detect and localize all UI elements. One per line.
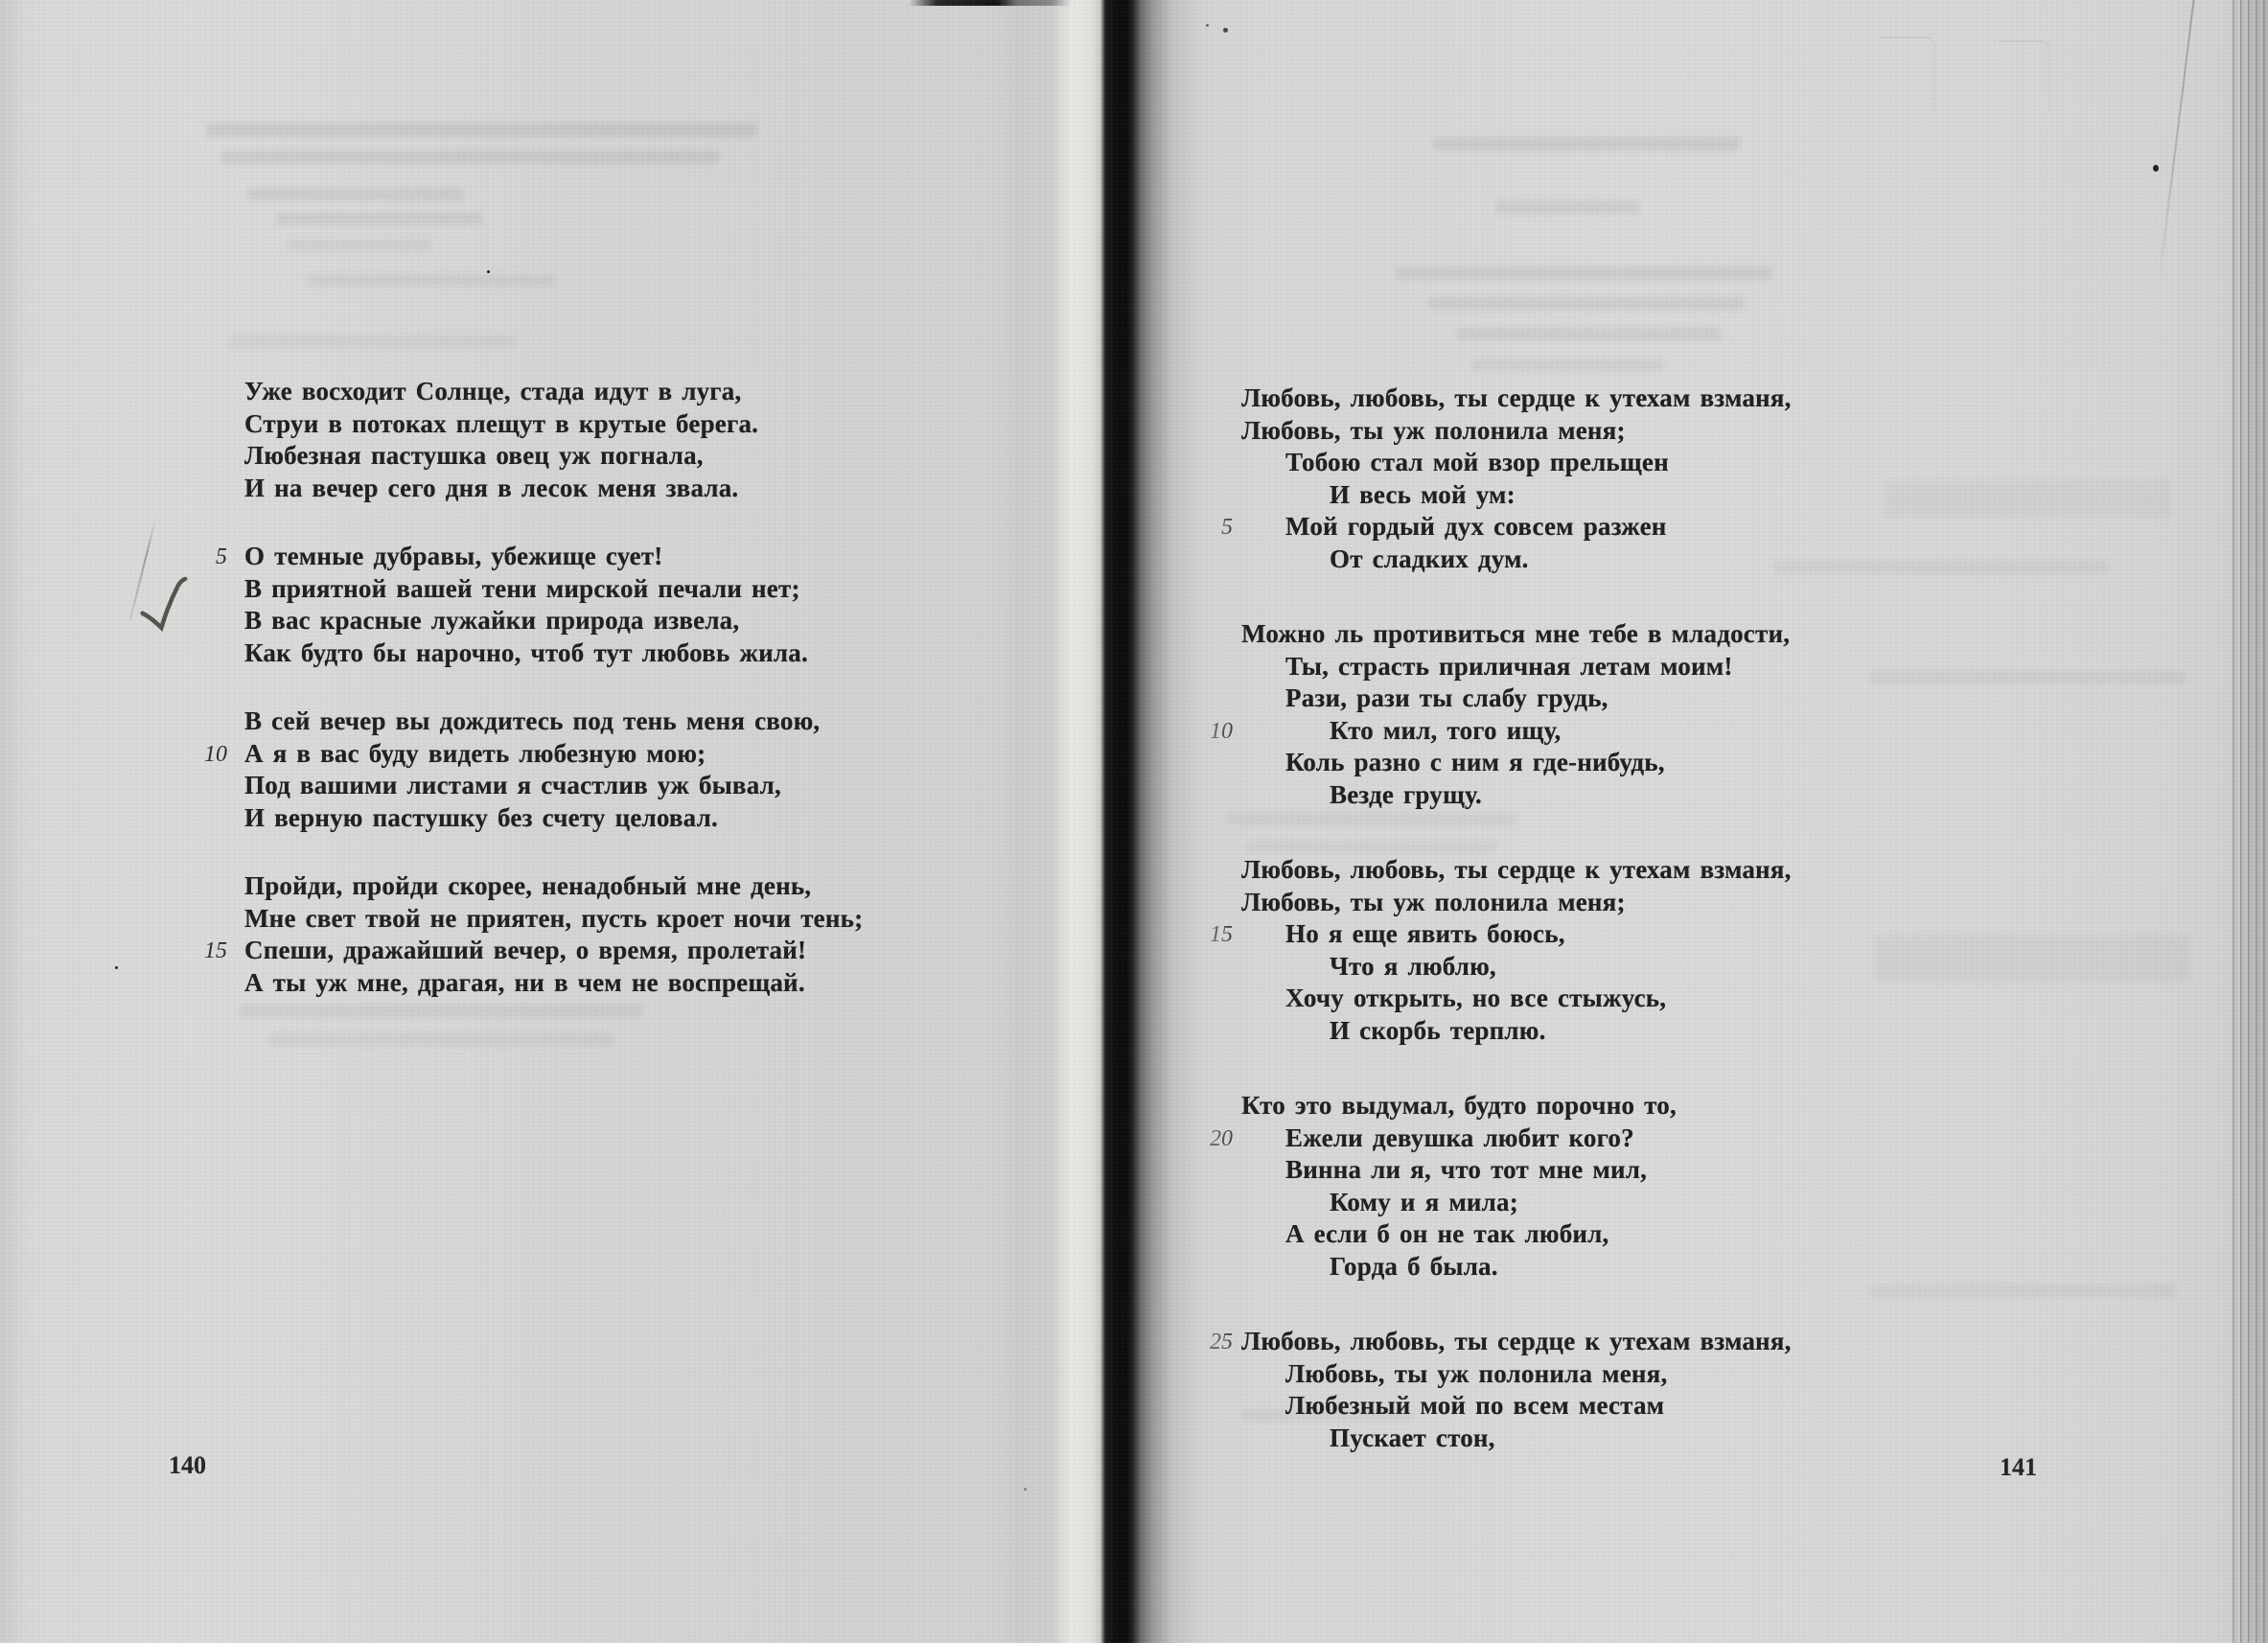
poem-line: И верную пастушку без счету целовал.	[244, 802, 863, 835]
poem-line-text: Любовь, ты уж полонила меня;	[1241, 888, 1626, 916]
poem-line-text: Кто мил, того ищу,	[1330, 716, 1561, 745]
poem-line-text: А если б он не так любил,	[1285, 1219, 1608, 1248]
poem-line-text: И верную пастушку без счету целовал.	[244, 803, 718, 832]
poem-line-text: Спеши, дражайший вечер, о время, пролета…	[244, 936, 806, 964]
poem-line-text: В вас красные лужайки природа извела,	[244, 606, 739, 635]
page-number-right: 141	[2000, 1453, 2037, 1482]
poem-line: Уже восходит Солнце, стада идут в луга,	[244, 376, 863, 408]
poem-line: Пройди, пройди скорее, ненадобный мне де…	[244, 870, 863, 903]
poem-line: В приятной вашей тени мирской печали нет…	[244, 573, 863, 606]
poem-line: Винна ли я, что тот мне мил,	[1241, 1154, 1792, 1187]
book-scan-spread: { "left_page": { "page_number": "140", "…	[0, 0, 2268, 1643]
poem-line: От сладких дум.	[1241, 544, 1792, 576]
poem-line-text: Пускает стон,	[1330, 1423, 1495, 1452]
poem-line-text: О темные дубравы, убежище сует!	[244, 542, 662, 570]
poem-line-text: Под вашими листами я счастлив уж бывал,	[244, 771, 781, 799]
stanza: В сей вечер вы дождитесь под тень меня с…	[244, 706, 863, 834]
poem-line: Любезная пастушка овец уж погнала,	[244, 440, 863, 473]
poem-line: Любовь, любовь, ты сердце к утехам взман…	[1241, 854, 1792, 887]
ink-speck	[1223, 28, 1228, 33]
stanza: Можно ль противиться мне тебе в младости…	[1241, 618, 1792, 811]
poem-line-text: Рази, рази ты слабу грудь,	[1285, 683, 1608, 712]
poem-line: 10А я в вас буду видеть любезную мою;	[244, 738, 863, 771]
stanza: Кто это выдумал, будто порочно то, 20Еже…	[1241, 1090, 1792, 1283]
poem-line-text: Что я люблю,	[1330, 952, 1496, 981]
ink-speck	[1024, 1488, 1027, 1491]
poem-line-text: Любезная пастушка овец уж погнала,	[244, 441, 704, 470]
line-number: 15	[198, 936, 227, 968]
poem-line: Как будто бы нарочно, чтоб тут любовь жи…	[244, 637, 863, 670]
ink-speck	[1206, 24, 1209, 27]
poem-line-text: Тобою стал мой взор прельщен	[1285, 448, 1669, 476]
poem-line: 15Но я еще явить боюсь,	[1241, 918, 1792, 951]
poem-line-text: Мне свет твой не приятен, пусть кроет но…	[244, 904, 863, 933]
line-number: 25	[1198, 1327, 1233, 1359]
poem-line: Тобою стал мой взор прельщен	[1241, 447, 1792, 479]
poem-line-text: Мой гордый дух совсем разжен	[1285, 512, 1667, 541]
poem-line: И весь мой ум:	[1241, 479, 1792, 512]
line-number: 10	[1198, 716, 1233, 749]
poem-line-text: И весь мой ум:	[1330, 480, 1516, 509]
poem-line: А ты уж мне, драгая, ни в чем не воспрещ…	[244, 967, 863, 1000]
poem-line: Кто это выдумал, будто порочно то,	[1241, 1090, 1792, 1122]
poem-line: 20Ежели девушка любит кого?	[1241, 1122, 1792, 1155]
poem-line-text: В приятной вашей тени мирской печали нет…	[244, 574, 800, 603]
poem-line-text: Любовь, ты уж полонила меня,	[1285, 1359, 1667, 1388]
poem-line-text: Струи в потоках плещут в крутые берега.	[244, 409, 758, 438]
stanza: Пройди, пройди скорее, ненадобный мне де…	[244, 870, 863, 999]
poem-line-text: И на вечер сего дня в лесок меня звала.	[244, 474, 738, 502]
poem-line-text: И скорбь терплю.	[1330, 1016, 1546, 1045]
poem-line-text: В сей вечер вы дождитесь под тень меня с…	[244, 706, 820, 735]
poem-line: Любовь, ты уж полонила меня;	[1241, 887, 1792, 919]
poem-line-text: Кто это выдумал, будто порочно то,	[1241, 1091, 1677, 1120]
poem-line-text: Любезный мой по всем местам	[1285, 1391, 1664, 1420]
poem-line-text: Уже восходит Солнце, стада идут в луга,	[244, 377, 741, 405]
stanza: Любовь, любовь, ты сердце к утехам взман…	[1241, 382, 1792, 575]
poem-line-text: Горда б была.	[1330, 1252, 1498, 1281]
poem-line-text: Пройди, пройди скорее, ненадобный мне де…	[244, 871, 811, 900]
emboss-mark	[1999, 40, 2050, 111]
poem-line: Везде грущу.	[1241, 779, 1792, 812]
poem-line-text: Как будто бы нарочно, чтоб тут любовь жи…	[244, 638, 808, 667]
stanza: 5О темные дубравы, убежище сует! В прият…	[244, 541, 863, 669]
stanza: Уже восходит Солнце, стада идут в луга, …	[244, 376, 863, 504]
poem-line-text: От сладких дум.	[1330, 544, 1529, 573]
poem-line: И на вечер сего дня в лесок меня звала.	[244, 473, 863, 505]
poem-line-text: Хочу открыть, но все стыжусь,	[1285, 983, 1666, 1012]
poem-line: Что я люблю,	[1241, 951, 1792, 983]
poem-line-text: Коль разно с ним я где-нибудь,	[1285, 748, 1665, 776]
poem-line-text: Ты, страсть приличная летам моим!	[1285, 652, 1733, 681]
poem-line: 5Мой гордый дух совсем разжен	[1241, 511, 1792, 544]
poem-line: Под вашими листами я счастлив уж бывал,	[244, 770, 863, 802]
stanza: 25Любовь, любовь, ты сердце к утехам взм…	[1241, 1326, 1792, 1454]
poem-line-text: Любовь, любовь, ты сердце к утехам взман…	[1241, 1327, 1792, 1355]
stanza: Любовь, любовь, ты сердце к утехам взман…	[1241, 854, 1792, 1047]
poem-line: 5О темные дубравы, убежище сует!	[244, 541, 863, 573]
poem-line-text: Любовь, любовь, ты сердце к утехам взман…	[1241, 383, 1792, 412]
poem-line-text: А ты уж мне, драгая, ни в чем не воспрещ…	[244, 968, 805, 997]
poem-line: Мне свет твой не приятен, пусть кроет но…	[244, 903, 863, 936]
poem-line: Можно ль противиться мне тебе в младости…	[1241, 618, 1792, 651]
poem-line-text: Любовь, любовь, ты сердце к утехам взман…	[1241, 855, 1792, 884]
poem-line: А если б он не так любил,	[1241, 1218, 1792, 1251]
line-number: 15	[1198, 919, 1233, 952]
emboss-mark	[1881, 36, 1935, 113]
line-number: 5	[1198, 512, 1233, 544]
page-number-left: 140	[169, 1451, 206, 1480]
line-number: 20	[1198, 1123, 1233, 1156]
poem-line: Коль разно с ним я где-нибудь,	[1241, 747, 1792, 779]
poem-line-text: Любовь, ты уж полонила меня;	[1241, 416, 1626, 445]
poem-line-text: Но я еще явить боюсь,	[1285, 919, 1565, 948]
poem-line: Любовь, ты уж полонила меня,	[1241, 1358, 1792, 1391]
poem-line: 10Кто мил, того ищу,	[1241, 715, 1792, 748]
poem-line: 25Любовь, любовь, ты сердце к утехам взм…	[1241, 1326, 1792, 1358]
poem-line-text: Можно ль противиться мне тебе в младости…	[1241, 619, 1790, 648]
poem-line: Струи в потоках плещут в крутые берега.	[244, 408, 863, 441]
poem-line: Любовь, любовь, ты сердце к утехам взман…	[1241, 382, 1792, 415]
poem-line-text: А я в вас буду видеть любезную мою;	[244, 739, 706, 768]
poem-line: Горда б была.	[1241, 1251, 1792, 1284]
poem-line: 15Спеши, дражайший вечер, о время, проле…	[244, 935, 863, 967]
left-poem: Уже восходит Солнце, стада идут в луга, …	[244, 376, 863, 1035]
poem-line-text: Ежели девушка любит кого?	[1285, 1123, 1634, 1152]
right-poem: Любовь, любовь, ты сердце к утехам взман…	[1241, 382, 1792, 1497]
poem-line: В вас красные лужайки природа извела,	[244, 605, 863, 637]
ink-speck	[487, 270, 490, 273]
poem-line: Хочу открыть, но все стыжусь,	[1241, 983, 1792, 1015]
poem-line: Кому и я мила;	[1241, 1187, 1792, 1219]
poem-line: Ты, страсть приличная летам моим!	[1241, 651, 1792, 683]
poem-line: Рази, рази ты слабу грудь,	[1241, 683, 1792, 715]
line-number: 10	[198, 739, 227, 772]
poem-line: Любовь, ты уж полонила меня;	[1241, 415, 1792, 448]
poem-line: Любезный мой по всем местам	[1241, 1390, 1792, 1423]
poem-line: Пускает стон,	[1241, 1423, 1792, 1455]
poem-line-text: Везде грущу.	[1330, 780, 1482, 809]
poem-line: И скорбь терплю.	[1241, 1015, 1792, 1048]
poem-line-text: Винна ли я, что тот мне мил,	[1285, 1155, 1647, 1184]
poem-line-text: Кому и я мила;	[1330, 1188, 1518, 1216]
poem-line: В сей вечер вы дождитесь под тень меня с…	[244, 706, 863, 738]
line-number: 5	[198, 542, 227, 574]
scan-top-streak	[909, 0, 1107, 6]
page-edge-streaks	[2230, 0, 2268, 1643]
ink-speck	[2153, 165, 2159, 172]
ink-speck	[115, 966, 118, 969]
